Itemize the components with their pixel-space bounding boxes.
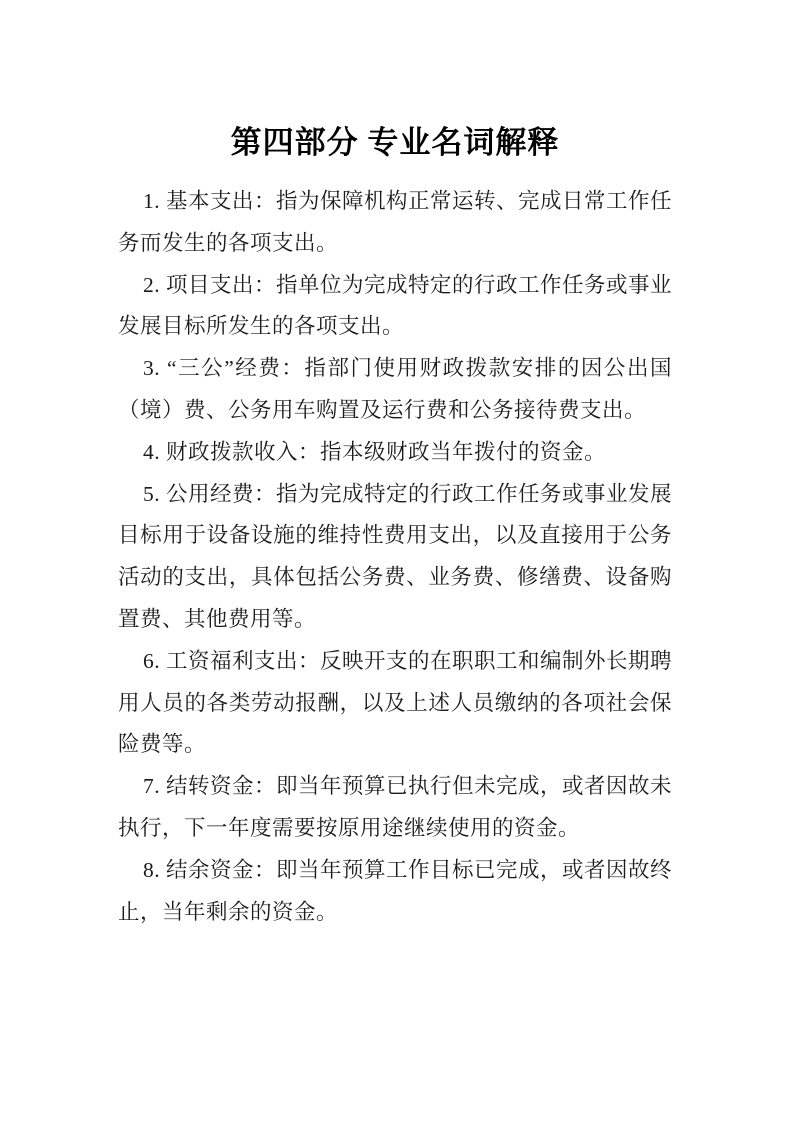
definition-item-three-public-funds: 3. “三公”经费：指部门使用财政拨款安排的因公出国（境）费、公务用车购置及运行…: [118, 348, 672, 432]
definition-item-public-funds: 5. 公用经费：指为完成特定的行政工作任务或事业发展目标用于设备设施的维持性费用…: [118, 474, 672, 641]
document-page: 第四部分 专业名词解释 1. 基本支出：指为保障机构正常运转、完成日常工作任务而…: [0, 0, 793, 1122]
page-title: 第四部分 专业名词解释: [118, 0, 672, 162]
definition-item-surplus-funds: 8. 结余资金：即当年预算工作目标已完成，或者因故终止，当年剩余的资金。: [118, 850, 672, 934]
definition-item-salary-welfare-expenditure: 6. 工资福利支出：反映开支的在职职工和编制外长期聘用人员的各类劳动报酬，以及上…: [118, 641, 672, 766]
definition-item-fiscal-appropriation-income: 4. 财政拨款收入：指本级财政当年拨付的资金。: [118, 432, 672, 474]
definition-item-basic-expenditure: 1. 基本支出：指为保障机构正常运转、完成日常工作任务而发生的各项支出。: [118, 181, 672, 265]
document-content: 第四部分 专业名词解释 1. 基本支出：指为保障机构正常运转、完成日常工作任务而…: [118, 0, 672, 933]
definition-item-carryover-funds: 7. 结转资金：即当年预算已执行但未完成，或者因故未执行，下一年度需要按原用途继…: [118, 766, 672, 850]
definition-item-project-expenditure: 2. 项目支出：指单位为完成特定的行政工作任务或事业发展目标所发生的各项支出。: [118, 265, 672, 349]
definitions-list: 1. 基本支出：指为保障机构正常运转、完成日常工作任务而发生的各项支出。 2. …: [118, 181, 672, 933]
